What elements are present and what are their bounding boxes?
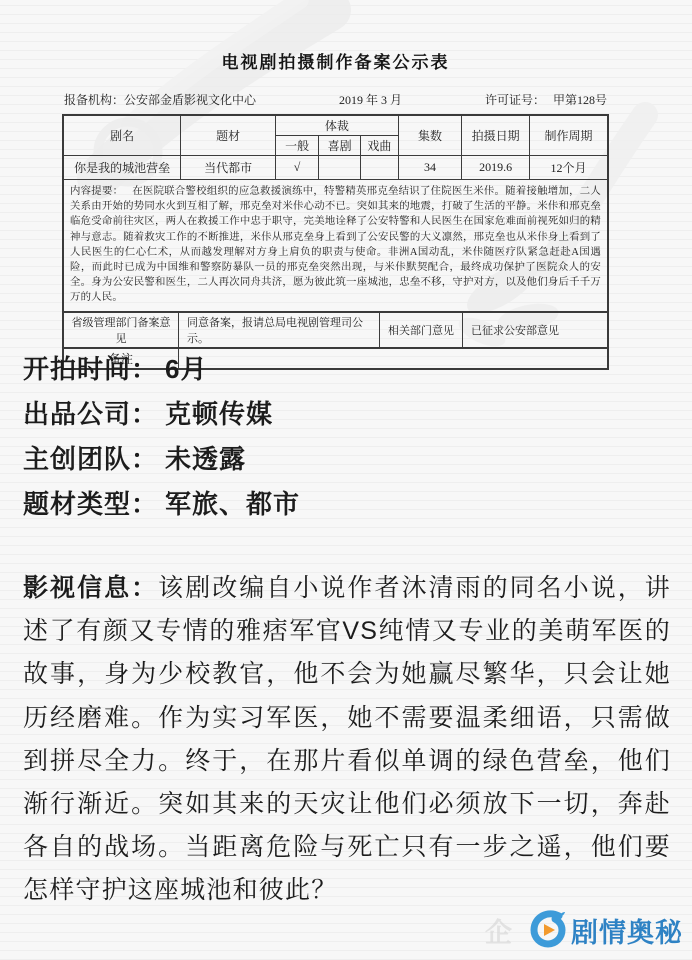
- info-value: 军旅、都市: [165, 484, 300, 521]
- info-value: 6月: [165, 349, 207, 386]
- form-title: 电视剧拍摄制作备案公示表: [62, 48, 609, 73]
- cell-genre-comedy: [319, 156, 361, 180]
- report-org-value: 公安部金盾影视文化中心: [124, 93, 256, 107]
- report-org-label: 报备机构：: [64, 93, 124, 107]
- brand-droplet-icon: [528, 909, 568, 951]
- form-table-main: 剧名 题材 体裁 集数 拍摄日期 制作周期 一般 喜剧 戏曲 你是我的城池营垒 …: [62, 114, 609, 313]
- registration-form: 电视剧拍摄制作备案公示表 报备机构：公安部金盾影视文化中心 2019 年 3 月…: [62, 0, 609, 370]
- license-number: 甲第128号: [553, 93, 607, 107]
- info-label: 题材类型：: [23, 484, 158, 521]
- col-header-episodes: 集数: [398, 115, 462, 156]
- info-item-production-company: 出品公司： 克顿传媒: [23, 394, 300, 439]
- cell-shoot-date: 2019.6: [462, 156, 530, 180]
- footer-brand: 企 剧情奥秘: [485, 909, 683, 951]
- table-row-drama: 你是我的城池营垒 当代都市 √ 34 2019.6 12个月: [63, 156, 608, 180]
- cell-provincial-label: 省级管理部门备案意见: [63, 312, 179, 348]
- col-header-genre-opera: 戏曲: [361, 136, 399, 156]
- license-label: 许可证号：: [485, 93, 545, 107]
- cell-synopsis: 内容提要：在医院联合警校组织的应急救援演练中，特警精英邢克垒结识了住院医生米佧。…: [63, 180, 608, 312]
- synopsis-text: 在医院联合警校组织的应急救援演练中，特警精英邢克垒结识了住院医生米佧。随着接触增…: [70, 186, 601, 303]
- report-date: 2019 年 3 月: [339, 91, 402, 108]
- report-org: 报备机构：公安部金盾影视文化中心: [64, 91, 256, 108]
- cell-genre-opera: [361, 156, 399, 180]
- col-header-genre: 体裁: [276, 115, 399, 136]
- article-label: 影视信息：: [23, 574, 158, 602]
- cell-drama-name: 你是我的城池营垒: [63, 156, 181, 180]
- col-header-cycle: 制作周期: [529, 115, 608, 156]
- article-page: 电视剧拍摄制作备案公示表 报备机构：公安部金盾影视文化中心 2019 年 3 月…: [0, 0, 692, 960]
- cell-cycle: 12个月: [529, 156, 608, 180]
- cell-related-opinion: 已征求公安部意见: [462, 312, 608, 348]
- cell-episodes: 34: [398, 156, 462, 180]
- form-table-opinions: 省级管理部门备案意见 同意备案，报请总局电视剧管理司公示。 相关部门意见 已征求…: [62, 312, 609, 349]
- info-value: 克顿传媒: [165, 394, 273, 431]
- info-item-creative-team: 主创团队： 未透露: [23, 439, 300, 484]
- info-value: 未透露: [165, 439, 246, 476]
- form-meta-row: 报备机构：公安部金盾影视文化中心 2019 年 3 月 许可证号：甲第128号: [62, 91, 609, 108]
- brand-name: 剧情奥秘: [571, 911, 683, 950]
- info-item-start-date: 开拍时间： 6月: [23, 349, 300, 394]
- info-label: 开拍时间：: [23, 349, 158, 386]
- col-header-genre-comedy: 喜剧: [319, 136, 361, 156]
- article-text: 该剧改编自小说作者沐清雨的同名小说，讲述了有颜又专情的雅痞军官VS纯情又专业的美…: [23, 574, 671, 904]
- production-info-list: 开拍时间： 6月 出品公司： 克顿传媒 主创团队： 未透露 题材类型： 军旅、都…: [23, 349, 300, 529]
- cell-genre-general-check: √: [276, 156, 319, 180]
- faded-watermark-text: 企: [485, 911, 514, 950]
- col-header-drama: 剧名: [63, 115, 181, 156]
- drama-synopsis-paragraph: 影视信息：该剧改编自小说作者沐清雨的同名小说，讲述了有颜又专情的雅痞军官VS纯情…: [23, 567, 671, 913]
- col-header-shoot-date: 拍摄日期: [462, 115, 530, 156]
- synopsis-label: 内容提要：: [70, 186, 123, 197]
- col-header-genre-general: 一般: [276, 136, 319, 156]
- cell-related-label: 相关部门意见: [380, 312, 463, 348]
- info-item-genre-type: 题材类型： 军旅、都市: [23, 484, 300, 529]
- info-label: 主创团队：: [23, 439, 158, 476]
- cell-provincial-opinion: 同意备案，报请总局电视剧管理司公示。: [179, 312, 380, 348]
- license: 许可证号：甲第128号: [485, 91, 607, 108]
- col-header-subject: 题材: [181, 115, 276, 156]
- info-label: 出品公司：: [23, 394, 158, 431]
- cell-subject: 当代都市: [181, 156, 276, 180]
